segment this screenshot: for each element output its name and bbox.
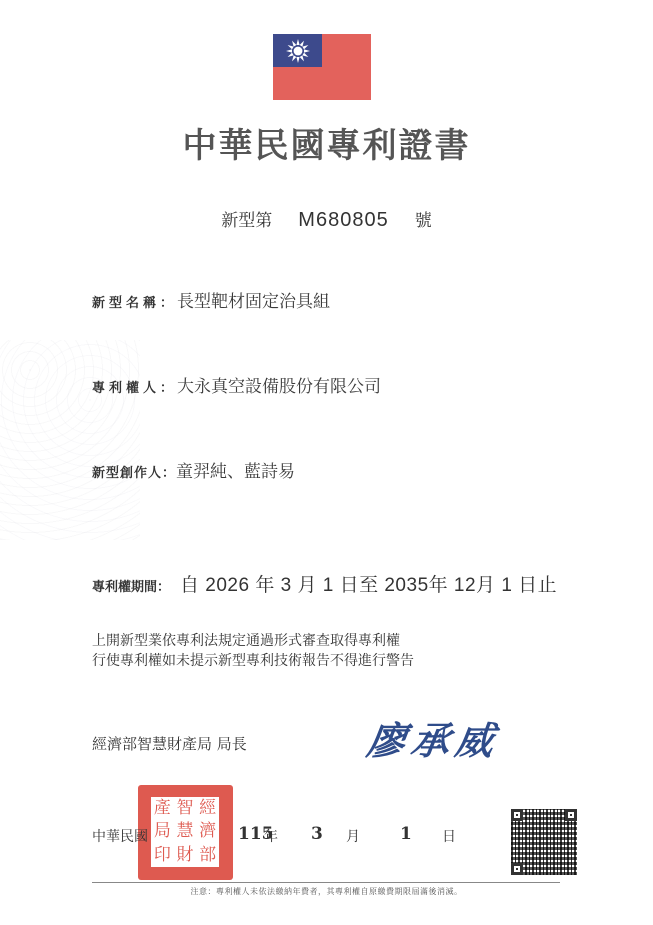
qr-finder <box>565 809 577 821</box>
term-label: 專利權期間： <box>92 580 170 595</box>
qr-finder <box>511 809 523 821</box>
patent-certificate: 中華民國專利證書 新型第M680805號 新型名稱：長型靶材固定治具組 專利權人… <box>0 0 653 925</box>
field-value: 童羿純、藍詩易 <box>176 462 295 482</box>
term-value: 自 2026 年 3 月 1 日至 2035年 12月 1 日止 <box>180 575 557 596</box>
patent-number: M680805 <box>298 209 388 231</box>
annual-fee-footnote: 注意：專利權人未依法繳納年費者，其專利權自原繳費期限屆滿後消滅。 <box>0 886 653 897</box>
seal-char: 產 <box>151 797 174 820</box>
date-month-unit: 月 <box>346 826 360 846</box>
date-month: 3 <box>311 824 323 844</box>
guilloche-pattern <box>0 340 140 540</box>
patent-term: 專利權期間：自 2026 年 3 月 1 日至 2035年 12月 1 日止 <box>92 570 557 597</box>
field-creator: 新型創作人：童羿純、藍詩易 <box>92 457 295 482</box>
date-era: 中華民國 <box>92 826 148 846</box>
date-year-unit: 年 <box>264 826 278 846</box>
roc-flag-icon <box>273 34 371 100</box>
number-suffix: 號 <box>415 211 432 231</box>
number-prefix: 新型第 <box>221 211 272 231</box>
director-title: 經濟部智慧財產局 局長 <box>92 733 247 754</box>
notice-line: 行使專利權如未提示新型專利技術報告不得進行警告 <box>92 651 414 671</box>
qr-code-icon <box>508 806 580 878</box>
date-day: 1 <box>400 824 412 844</box>
date-day-unit: 日 <box>442 826 456 846</box>
white-sun-icon <box>285 38 311 64</box>
seal-char: 智 <box>174 797 197 820</box>
field-patentee: 專利權人：大永真空設備股份有限公司 <box>92 372 381 397</box>
issue-date: 中華民國 115 年 3 月 1 日 <box>92 826 472 848</box>
notice-line: 上開新型業依專利法規定通過形式審查取得專利權 <box>92 631 414 651</box>
field-value: 長型靶材固定治具組 <box>177 292 330 312</box>
qr-finder <box>511 863 523 875</box>
footer-divider <box>92 882 560 883</box>
field-label: 新型名稱： <box>92 296 177 311</box>
field-utility-model-name: 新型名稱：長型靶材固定治具組 <box>92 287 330 312</box>
field-label: 專利權人： <box>92 381 177 396</box>
director-signature: 廖承威 <box>364 710 504 765</box>
certificate-title: 中華民國專利證書 <box>0 118 653 167</box>
field-label: 新型創作人： <box>92 466 176 481</box>
field-value: 大永真空設備股份有限公司 <box>177 377 381 397</box>
seal-char: 經 <box>196 797 219 820</box>
examination-notice: 上開新型業依專利法規定通過形式審查取得專利權 行使專利權如未提示新型專利技術報告… <box>92 631 414 671</box>
flag-canton <box>273 34 322 67</box>
patent-number-line: 新型第M680805號 <box>0 206 653 232</box>
